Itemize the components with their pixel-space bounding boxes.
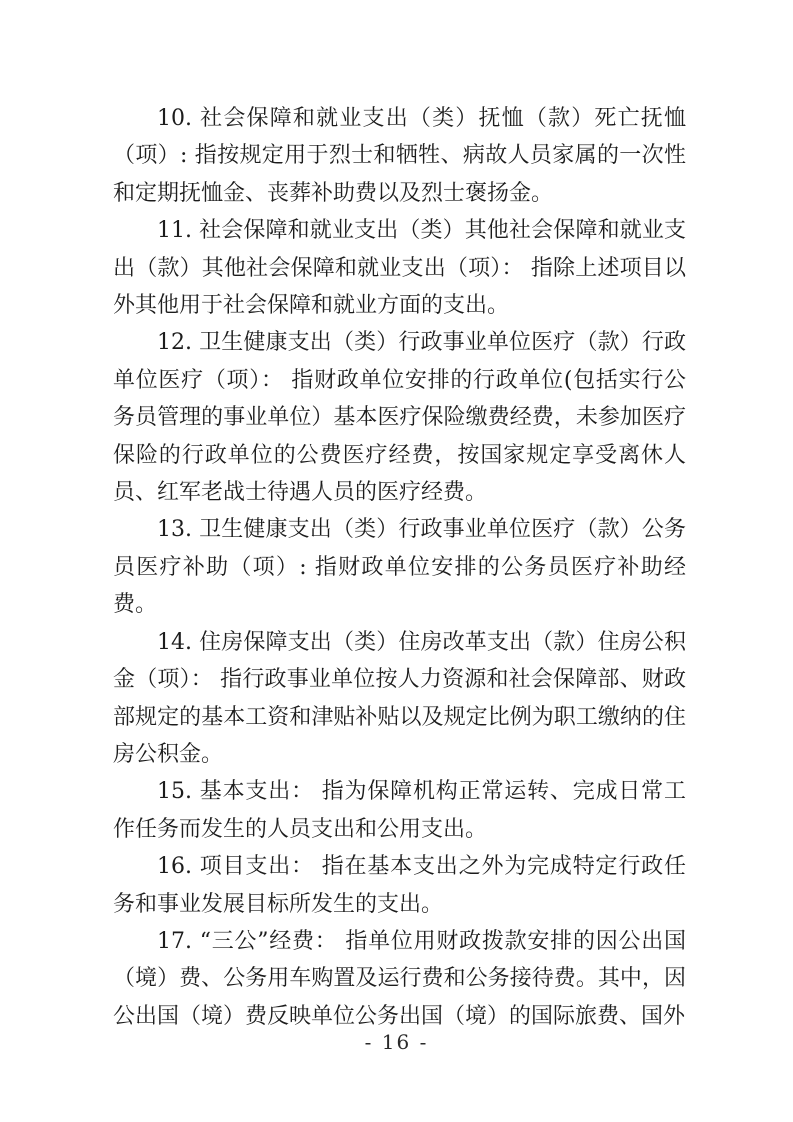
paragraph-term-15: 15. 基本支出： 指为保障机构正常运转、完成日常工作任务而发生的人员支出和公用… <box>113 773 686 848</box>
paragraph-term-13: 13. 卫生健康支出（类）行政事业单位医疗（款）公务员医疗补助（项）: 指财政单… <box>113 511 686 623</box>
document-page: 10. 社会保障和就业支出（类）抚恤（款）死亡抚恤（项）: 指按规定用于烈士和牺… <box>0 0 793 1122</box>
paragraph-term-16: 16. 项目支出： 指在基本支出之外为完成特定行政任务和事业发展目标所发生的支出… <box>113 848 686 923</box>
paragraph-term-10: 10. 社会保障和就业支出（类）抚恤（款）死亡抚恤（项）: 指按规定用于烈士和牺… <box>113 100 686 212</box>
paragraph-term-17: 17. “三公”经费： 指单位用财政拨款安排的因公出国（境）费、公务用车购置及运… <box>113 923 686 1035</box>
paragraph-term-14: 14. 住房保障支出（类）住房改革支出（款）住房公积金（项）： 指行政事业单位按… <box>113 624 686 774</box>
document-text-block: 10. 社会保障和就业支出（类）抚恤（款）死亡抚恤（项）: 指按规定用于烈士和牺… <box>113 100 686 1035</box>
page-number: - 16 - <box>0 1030 793 1054</box>
paragraph-term-12: 12. 卫生健康支出（类）行政事业单位医疗（款）行政单位医疗（项）： 指财政单位… <box>113 324 686 511</box>
paragraph-term-11: 11. 社会保障和就业支出（类）其他社会保障和就业支出（款）其他社会保障和就业支… <box>113 212 686 324</box>
